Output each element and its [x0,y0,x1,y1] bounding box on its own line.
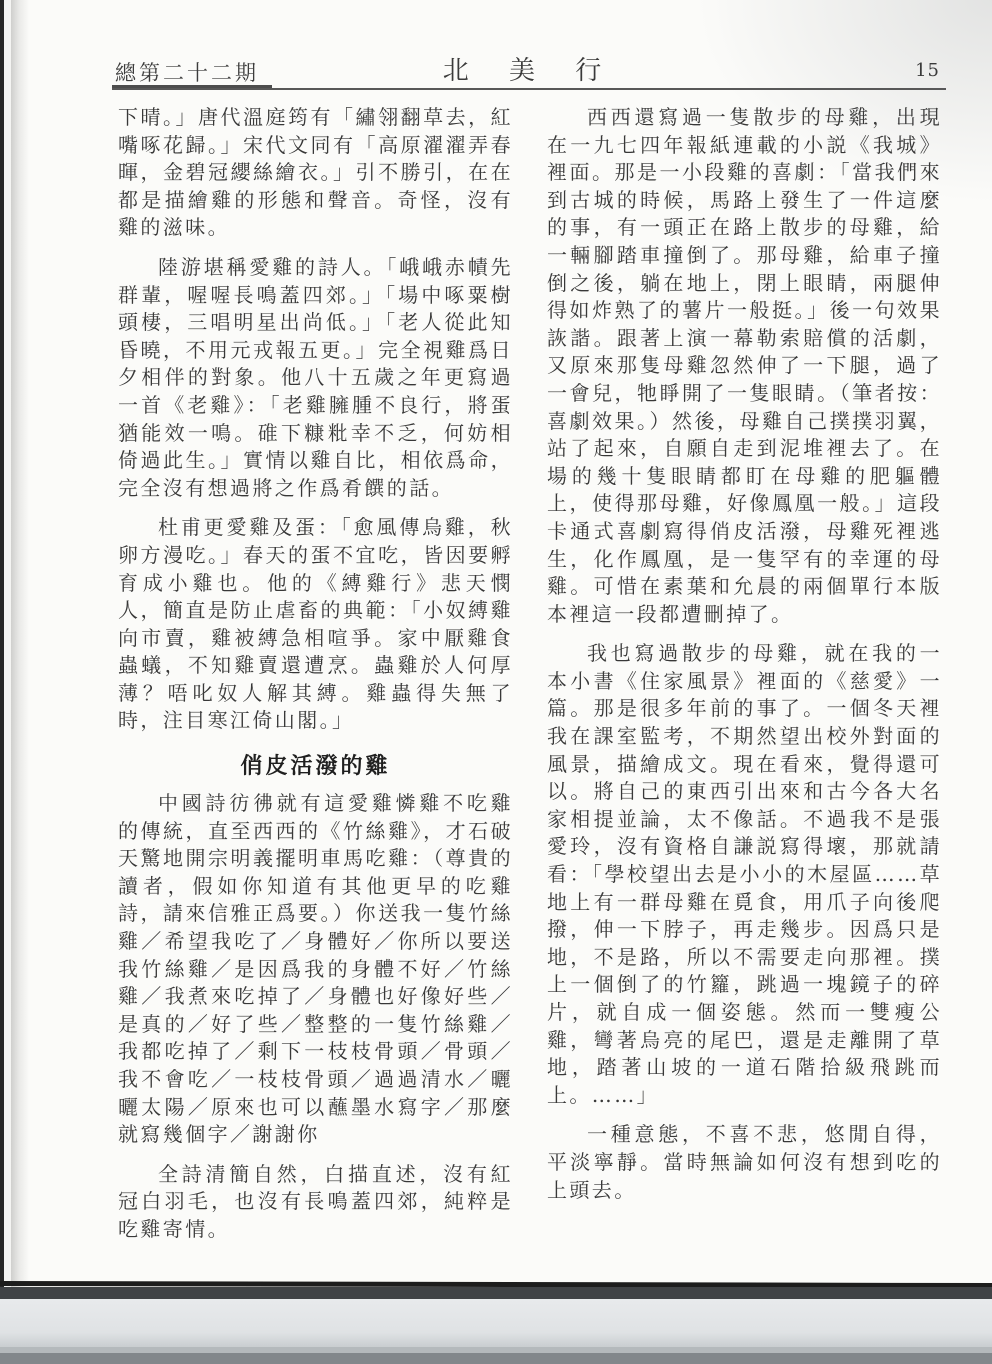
publication-title: 北 美 行 [115,50,945,87]
paragraph: 陸游堪稱愛雞的詩人。「峨峨赤幘先群輩，喔喔長鳴蓋四郊。」「場中啄粟樹頭棲，三唱明… [118,254,513,502]
paragraph: 西西還寫過一隻散步的母雞，出現在一九七四年報紙連載的小説《我城》裡面。那是一小段… [547,104,942,628]
left-column: 下晴。」唐代溫庭筠有「繡翎翻草去，紅嘴啄花歸。」宋代文同有「高原濯濯弄春暉，金碧… [118,104,513,1256]
paragraph: 中國詩彷彿就有這愛雞憐雞不吃雞的傳統，直至西西的《竹絲雞》，才石破天驚地開宗明義… [118,790,513,1149]
scanned-page: 總第二十二期 北 美 行 15 下晴。」唐代溫庭筠有「繡翎翻草去，紅嘴啄花歸。」… [0,0,992,1364]
header-rule [112,88,946,90]
scan-bottom-light-band [0,1299,992,1347]
page-number: 15 [915,60,940,81]
section-heading: 俏皮活潑的雞 [118,749,513,780]
scan-bottom-dark-band [0,1287,992,1299]
paragraph: 全詩清簡自然，白描直述，沒有紅冠白羽毛，也沒有長鳴蓋四郊，純粹是吃雞寄情。 [118,1161,513,1244]
right-column: 西西還寫過一隻散步的母雞，出現在一九七四年報紙連載的小説《我城》裡面。那是一小段… [547,104,942,1256]
text-columns: 下晴。」唐代溫庭筠有「繡翎翻草去，紅嘴啄花歸。」宋代文同有「高原濯濯弄春暉，金碧… [118,104,942,1256]
paragraph: 我也寫過散步的母雞，就在我的一本小書《住家風景》裡面的《慈愛》一篇。那是很多年前… [547,640,942,1109]
paragraph: 一種意態，不喜不悲，悠閒自得，平淡寧靜。當時無論如何沒有想到吃的上頭去。 [547,1121,942,1204]
scan-bottom-edge-band [0,1353,992,1364]
paragraph-continuation: 下晴。」唐代溫庭筠有「繡翎翻草去，紅嘴啄花歸。」宋代文同有「高原濯濯弄春暉，金碧… [118,104,513,242]
paragraph: 杜甫更愛雞及蛋：「愈風傳烏雞，秋卵方漫吃。」春天的蛋不宜吃，皆因要孵育成小雞也。… [118,514,513,735]
page-left-shadow [11,0,29,1290]
scan-spine-highlight [4,0,11,1364]
